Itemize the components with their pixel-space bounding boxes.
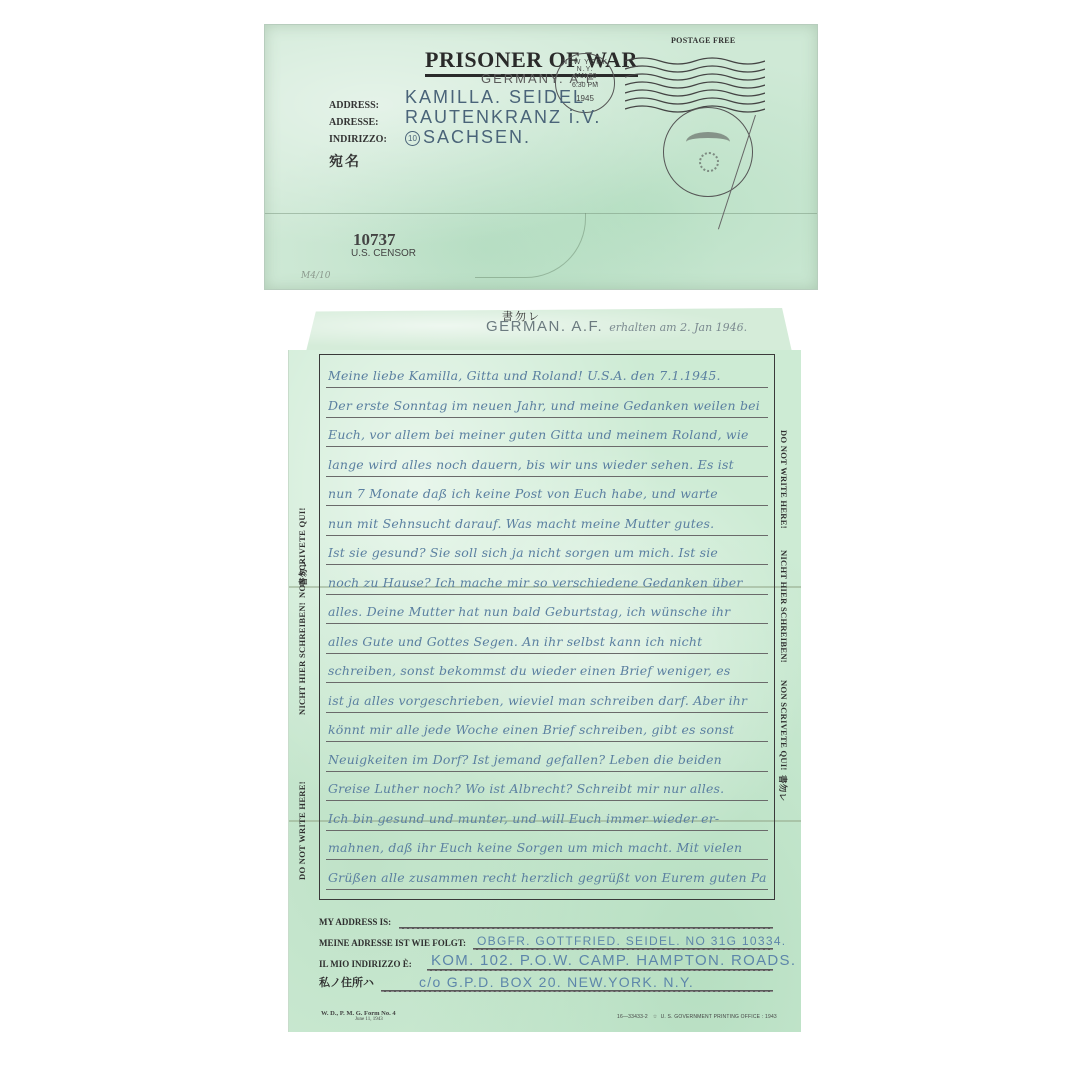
side-warning-left-de: NICHT HIER SCHREIBEN! <box>297 602 307 715</box>
ruled-line <box>326 476 768 477</box>
handwritten-line: Neuigkeiten im Dorf? Ist jemand gefallen… <box>328 749 766 771</box>
side-warning-right-en: DO NOT WRITE HERE! <box>779 430 789 529</box>
return-address-row: IL MIO INDIRIZZO È: KOM. 102. P.O.W. CAM… <box>319 952 773 973</box>
letter-body-sheet: Meine liebe Kamilla, Gitta und Roland! U… <box>288 350 801 1032</box>
ruled-line <box>326 800 768 801</box>
recipient-name: KAMILLA. SEIDEL <box>405 87 601 107</box>
address-label-de: ADRESSE: <box>329 114 387 131</box>
ruled-line <box>326 594 768 595</box>
writing-area: Meine liebe Kamilla, Gitta und Roland! U… <box>319 354 775 900</box>
side-warning-left-en: DO NOT WRITE HERE! <box>297 781 307 880</box>
handwritten-line: Meine liebe Kamilla, Gitta und Roland! U… <box>328 365 766 387</box>
sender-camp-line: KOM. 102. P.O.W. CAMP. HAMPTON. ROADS. <box>431 952 796 969</box>
address-label-it: INDIRIZZO: <box>329 131 387 148</box>
ruled-line <box>326 771 768 772</box>
ruled-line <box>326 446 768 447</box>
envelope-flap-edge <box>475 213 586 278</box>
censor-label: U.S. CENSOR <box>351 248 416 259</box>
side-warning-right-de: NICHT HIER SCHREIBEN! <box>779 550 789 663</box>
handwritten-line: alles. Deine Mutter hat nun bald Geburts… <box>328 601 766 623</box>
handwritten-line: Ist sie gesund? Sie soll sich ja nicht s… <box>328 542 766 564</box>
recipient-town: RAUTENKRANZ i.V. <box>405 107 601 127</box>
handwritten-line: Grüßen alle zusammen recht herzlich gegr… <box>328 867 766 889</box>
handwritten-line: noch zu Hause? Ich mache mir so verschie… <box>328 572 766 594</box>
printer-imprint: 16—33433-2 ☆ U. S. GOVERNMENT PRINTING O… <box>617 1014 777 1020</box>
return-address-label-it: IL MIO INDIRIZZO È: <box>319 959 412 969</box>
side-warning-right-it: NON SCRIVETE QUI! <box>779 680 789 771</box>
return-address-label-en: MY ADDRESS IS: <box>319 917 391 927</box>
handwritten-line: schreiben, sonst bekommst du wieder eine… <box>328 660 766 682</box>
return-address-row: MEINE ADRESSE IST WIE FOLGT: OBGFR. GOTT… <box>319 931 773 952</box>
return-address-block: MY ADDRESS IS: MEINE ADRESSE IST WIE FOL… <box>319 910 773 994</box>
return-address-label-jp: 私ノ住所ハ <box>319 974 374 990</box>
eagle-wings-icon <box>686 132 730 152</box>
postage-free-label: POSTAGE FREE <box>671 36 736 45</box>
wreath-icon <box>699 152 719 172</box>
ruled-line <box>326 653 768 654</box>
received-note: erhalten am 2. Jan 1946. <box>609 321 747 334</box>
address-rule <box>399 927 773 929</box>
ruled-line <box>326 535 768 536</box>
censor-number: 10737 <box>351 230 416 250</box>
address-rule <box>427 969 773 971</box>
side-warning-left-it-2: NON SCRIVETE QUI! <box>297 507 307 598</box>
recipient-country: GERMANY. A.F. <box>481 69 600 89</box>
return-address-row: MY ADDRESS IS: <box>319 910 773 931</box>
letter-top-flap: 書勿レ GERMAN. A.F.erhalten am 2. Jan 1946. <box>296 308 792 352</box>
us-censor-stamp: 10737 U.S. CENSOR <box>351 230 416 259</box>
handwritten-line: Euch, vor allem bei meiner guten Gitta u… <box>328 424 766 446</box>
handwritten-line: ist ja alles vorgeschrieben, wieviel man… <box>328 690 766 712</box>
ruled-line <box>326 859 768 860</box>
ruled-line <box>326 682 768 683</box>
top-country-line: GERMAN. A.F.erhalten am 2. Jan 1946. <box>486 318 747 335</box>
address-label-en: ADDRESS: <box>329 97 387 114</box>
address-rule <box>473 948 773 950</box>
pow-envelope: PRISONER OF WAR POSTAGE FREE NEW YORK N.… <box>264 24 818 290</box>
return-address-row: 私ノ住所ハ c/o G.P.D. BOX 20. NEW.YORK. N.Y. <box>319 973 773 994</box>
pencil-note: M4/10 <box>301 271 330 281</box>
handwritten-line: könnt mir alle jede Woche einen Brief sc… <box>328 719 766 741</box>
return-address-label-de: MEINE ADRESSE IST WIE FOLGT: <box>319 938 466 948</box>
ruled-line <box>326 623 768 624</box>
sender-name-line: OBGFR. GOTTFRIED. SEIDEL. NO 31G 10334. <box>477 934 786 948</box>
ruled-line <box>326 712 768 713</box>
form-number: W. D., P. M. G. Form No. 4 June 11, 1943 <box>321 1010 396 1022</box>
wavy-cancellation-lines-icon <box>625 55 765 115</box>
ruled-line <box>326 830 768 831</box>
eagle-censor-stamp-icon <box>663 107 753 197</box>
handwritten-line: nun mit Sehnsucht darauf. Was macht mein… <box>328 513 766 535</box>
pow-letter-sheet: 書勿レ GERMAN. A.F.erhalten am 2. Jan 1946.… <box>288 308 800 1032</box>
address-labels: ADDRESS: ADRESSE: INDIRIZZO: 宛名 <box>329 97 387 171</box>
address-rule <box>381 990 773 992</box>
recipient-region: SACHSEN. <box>423 127 531 147</box>
ruled-line <box>326 505 768 506</box>
sender-box-line: c/o G.P.D. BOX 20. NEW.YORK. N.Y. <box>419 974 694 990</box>
form-number-text: W. D., P. M. G. Form No. 4 <box>321 1010 396 1017</box>
handwritten-line: Ich bin gesund und munter, und will Euch… <box>328 808 766 830</box>
address-label-jp: 宛名 <box>329 154 387 171</box>
zone-number-badge: 10 <box>405 131 420 146</box>
handwritten-line: lange wird alles noch dauern, bis wir un… <box>328 454 766 476</box>
handwritten-line: nun 7 Monate daß ich keine Post von Euch… <box>328 483 766 505</box>
handwritten-line: alles Gute und Gottes Segen. An ihr selb… <box>328 631 766 653</box>
printer-name: U. S. GOVERNMENT PRINTING OFFICE : 1943 <box>661 1014 777 1020</box>
handwritten-line: Der erste Sonntag im neuen Jahr, und mei… <box>328 395 766 417</box>
top-country: GERMAN. A.F. <box>486 318 603 335</box>
recipient-region-row: 10SACHSEN. <box>405 127 601 147</box>
side-warning-right-jp: 書勿レ <box>777 775 789 801</box>
handwritten-line: Greise Luther noch? Wo ist Albrecht? Sch… <box>328 778 766 800</box>
ruled-line <box>326 741 768 742</box>
handwritten-line: mahnen, daß ihr Euch keine Sorgen um mic… <box>328 837 766 859</box>
form-date: June 11, 1943 <box>321 1017 396 1022</box>
ruled-line <box>326 417 768 418</box>
ruled-line <box>326 889 768 890</box>
ruled-line <box>326 387 768 388</box>
print-code: 16—33433-2 <box>617 1014 648 1020</box>
ruled-line <box>326 564 768 565</box>
